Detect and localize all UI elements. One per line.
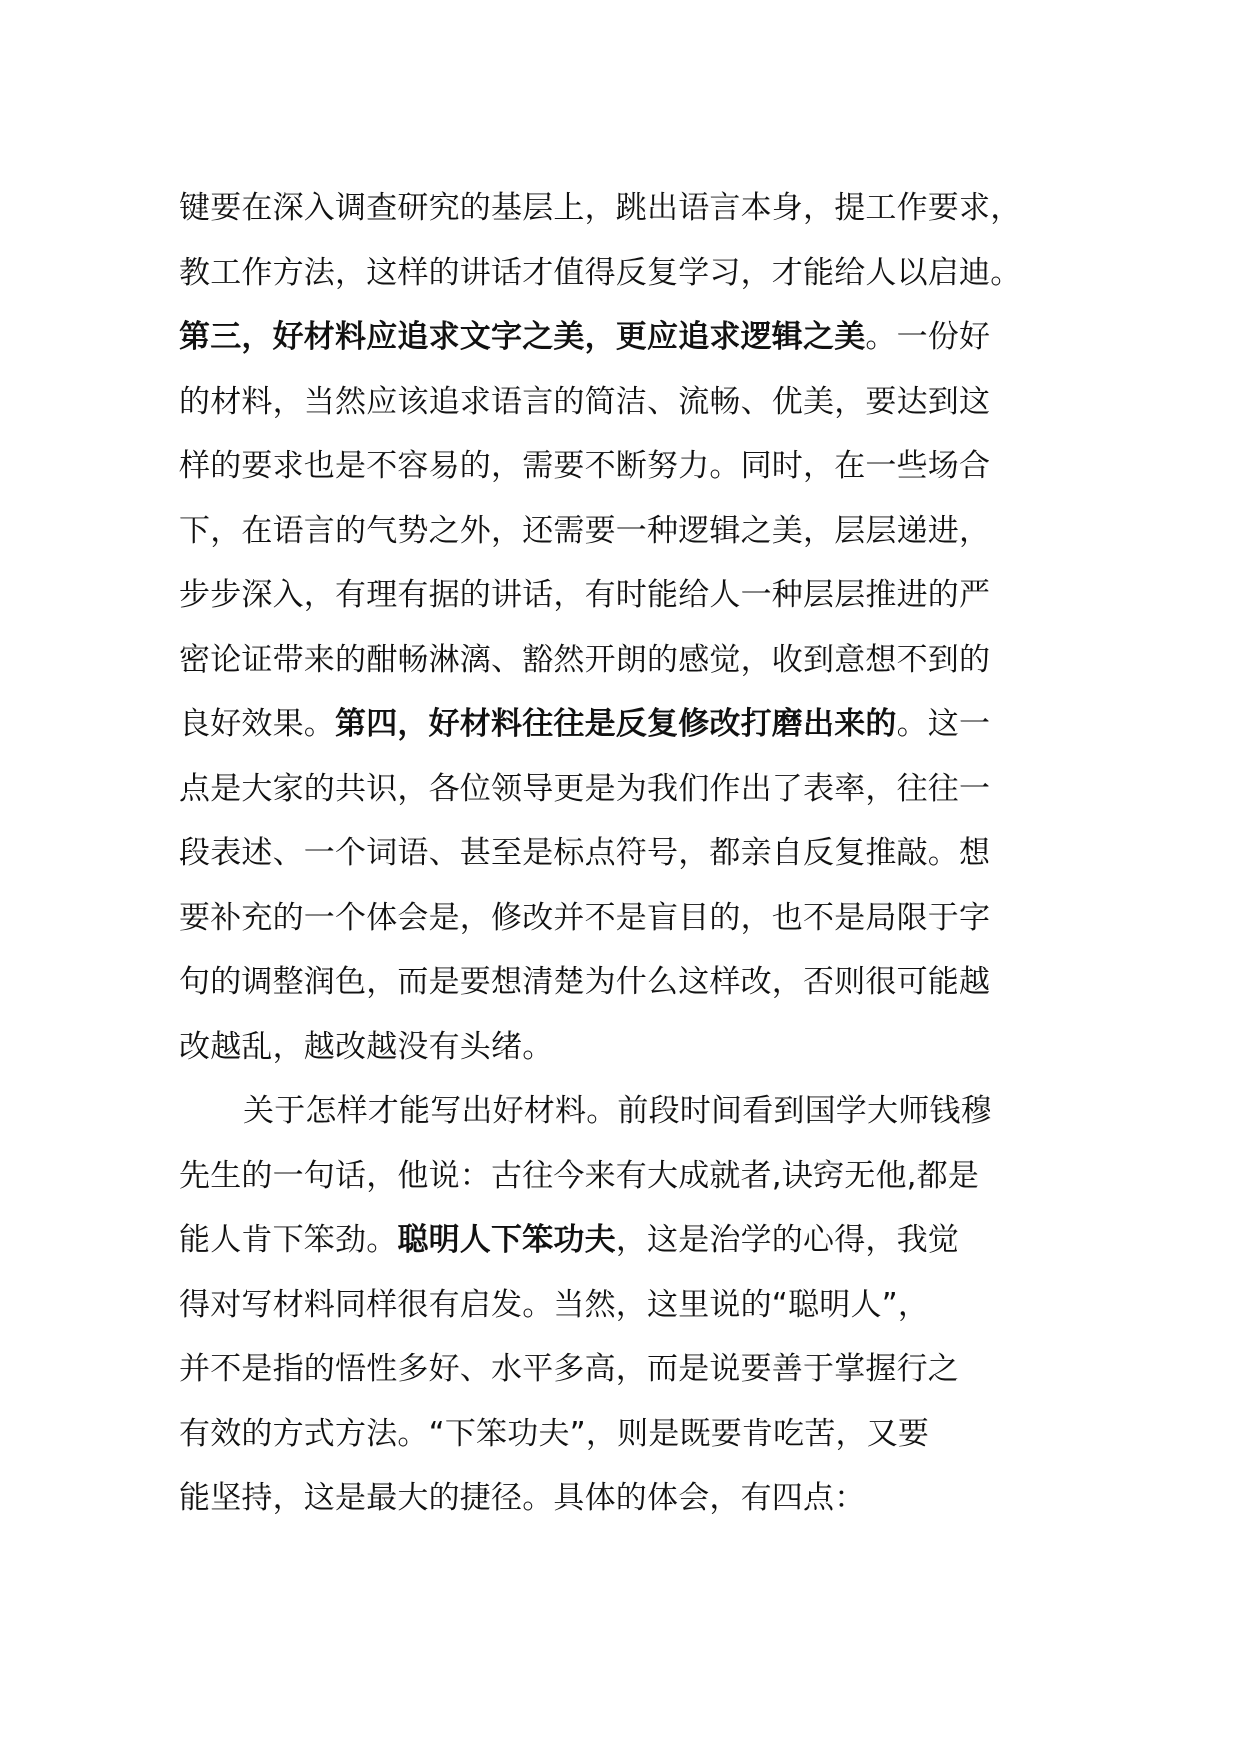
text-line: 要补充的一个体会是，修改并不是盲目的，也不是局限于字: [179, 896, 1079, 961]
bold-heading-third: 第三，好材料应追求文字之美，更应追求逻辑之美: [179, 319, 865, 355]
text-segment: 并不是指的悟性多好、水平多高，而是说要善于掌握行之: [179, 1351, 959, 1387]
text-segment: ，这是治学的心得，我觉: [616, 1222, 959, 1258]
text-segment: 能坚持，这是最大的捷径。具体的体会，有四点：: [179, 1480, 865, 1516]
text-line: 下，在语言的气势之外，还需要一种逻辑之美，层层递进，: [179, 509, 1079, 574]
text-segment: 。一份好: [865, 319, 990, 355]
text-line: 先生的一句话，他说：古往今来有大成就者,诀窍无他,都是: [179, 1154, 1079, 1219]
text-segment: 改越乱，越改越没有头绪。: [179, 1029, 553, 1065]
text-line: 步步深入，有理有据的讲话，有时能给人一种层层推进的严: [179, 573, 1079, 638]
text-segment: 要补充的一个体会是，修改并不是盲目的，也不是局限于字: [179, 900, 990, 936]
text-segment: 样的要求也是不容易的，需要不断努力。同时，在一些场合: [179, 448, 990, 484]
text-line: 样的要求也是不容易的，需要不断努力。同时，在一些场合: [179, 444, 1079, 509]
text-segment: 关于怎样才能写出好材料。前段时间看到国学大师钱穆: [243, 1093, 992, 1129]
text-segment: 段表述、一个词语、甚至是标点符号，都亲自反复推敲。想: [179, 835, 990, 871]
document-page: 键要在深入调查研究的基层上，跳出语言本身，提工作要求， 教工作方法，这样的讲话才…: [0, 0, 1240, 1754]
text-line: 有效的方式方法。“下笨功夫”，则是既要肯吃苦，又要: [179, 1412, 1079, 1477]
text-segment: 得对写材料同样很有启发。当然，这里说的“聪明人”，: [179, 1287, 929, 1323]
text-segment: 能人肯下笨劲。: [179, 1222, 397, 1258]
text-segment: 的材料，当然应该追求语言的简洁、流畅、优美，要达到这: [179, 384, 990, 420]
text-line: 能坚持，这是最大的捷径。具体的体会，有四点：: [179, 1476, 1079, 1541]
text-line: 第三，好材料应追求文字之美，更应追求逻辑之美。一份好: [179, 315, 1079, 380]
text-line: 密论证带来的酣畅淋漓、豁然开朗的感觉，收到意想不到的: [179, 638, 1079, 703]
text-line: 并不是指的悟性多好、水平多高，而是说要善于掌握行之: [179, 1347, 1079, 1412]
text-segment: 先生的一句话，他说：古往今来有大成就者,诀窍无他,都是: [179, 1158, 979, 1194]
text-line: 键要在深入调查研究的基层上，跳出语言本身，提工作要求，: [179, 186, 1079, 251]
text-line: 教工作方法，这样的讲话才值得反复学习，才能给人以启迪。: [179, 251, 1079, 316]
bold-heading-fourth: 第四，好材料往往是反复修改打磨出来的: [335, 706, 897, 742]
text-segment: 有效的方式方法。“下笨功夫”，则是既要肯吃苦，又要: [179, 1416, 929, 1452]
paragraph-start-line: 关于怎样才能写出好材料。前段时间看到国学大师钱穆: [179, 1089, 1079, 1154]
text-line: 良好效果。第四，好材料往往是反复修改打磨出来的。这一: [179, 702, 1079, 767]
text-line: 点是大家的共识，各位领导更是为我们作出了表率，往往一: [179, 767, 1079, 832]
text-segment: 键要在深入调查研究的基层上，跳出语言本身，提工作要求，: [179, 190, 1021, 226]
text-segment: 步步深入，有理有据的讲话，有时能给人一种层层推进的严: [179, 577, 990, 613]
text-segment: 下，在语言的气势之外，还需要一种逻辑之美，层层递进，: [179, 513, 990, 549]
text-line: 能人肯下笨劲。聪明人下笨功夫，这是治学的心得，我觉: [179, 1218, 1079, 1283]
document-body: 键要在深入调查研究的基层上，跳出语言本身，提工作要求， 教工作方法，这样的讲话才…: [179, 186, 1079, 1541]
text-segment: 教工作方法，这样的讲话才值得反复学习，才能给人以启迪。: [179, 255, 1021, 291]
text-segment: 良好效果。: [179, 706, 335, 742]
bold-phrase: 聪明人下笨功夫: [397, 1222, 615, 1258]
text-segment: 。这一: [897, 706, 991, 742]
text-line: 段表述、一个词语、甚至是标点符号，都亲自反复推敲。想: [179, 831, 1079, 896]
text-segment: 句的调整润色，而是要想清楚为什么这样改，否则很可能越: [179, 964, 990, 1000]
text-line: 的材料，当然应该追求语言的简洁、流畅、优美，要达到这: [179, 380, 1079, 445]
text-segment: 密论证带来的酣畅淋漓、豁然开朗的感觉，收到意想不到的: [179, 642, 990, 678]
text-line: 得对写材料同样很有启发。当然，这里说的“聪明人”，: [179, 1283, 1079, 1348]
text-line: 句的调整润色，而是要想清楚为什么这样改，否则很可能越: [179, 960, 1079, 1025]
text-segment: 点是大家的共识，各位领导更是为我们作出了表率，往往一: [179, 771, 990, 807]
text-line: 改越乱，越改越没有头绪。: [179, 1025, 1079, 1090]
